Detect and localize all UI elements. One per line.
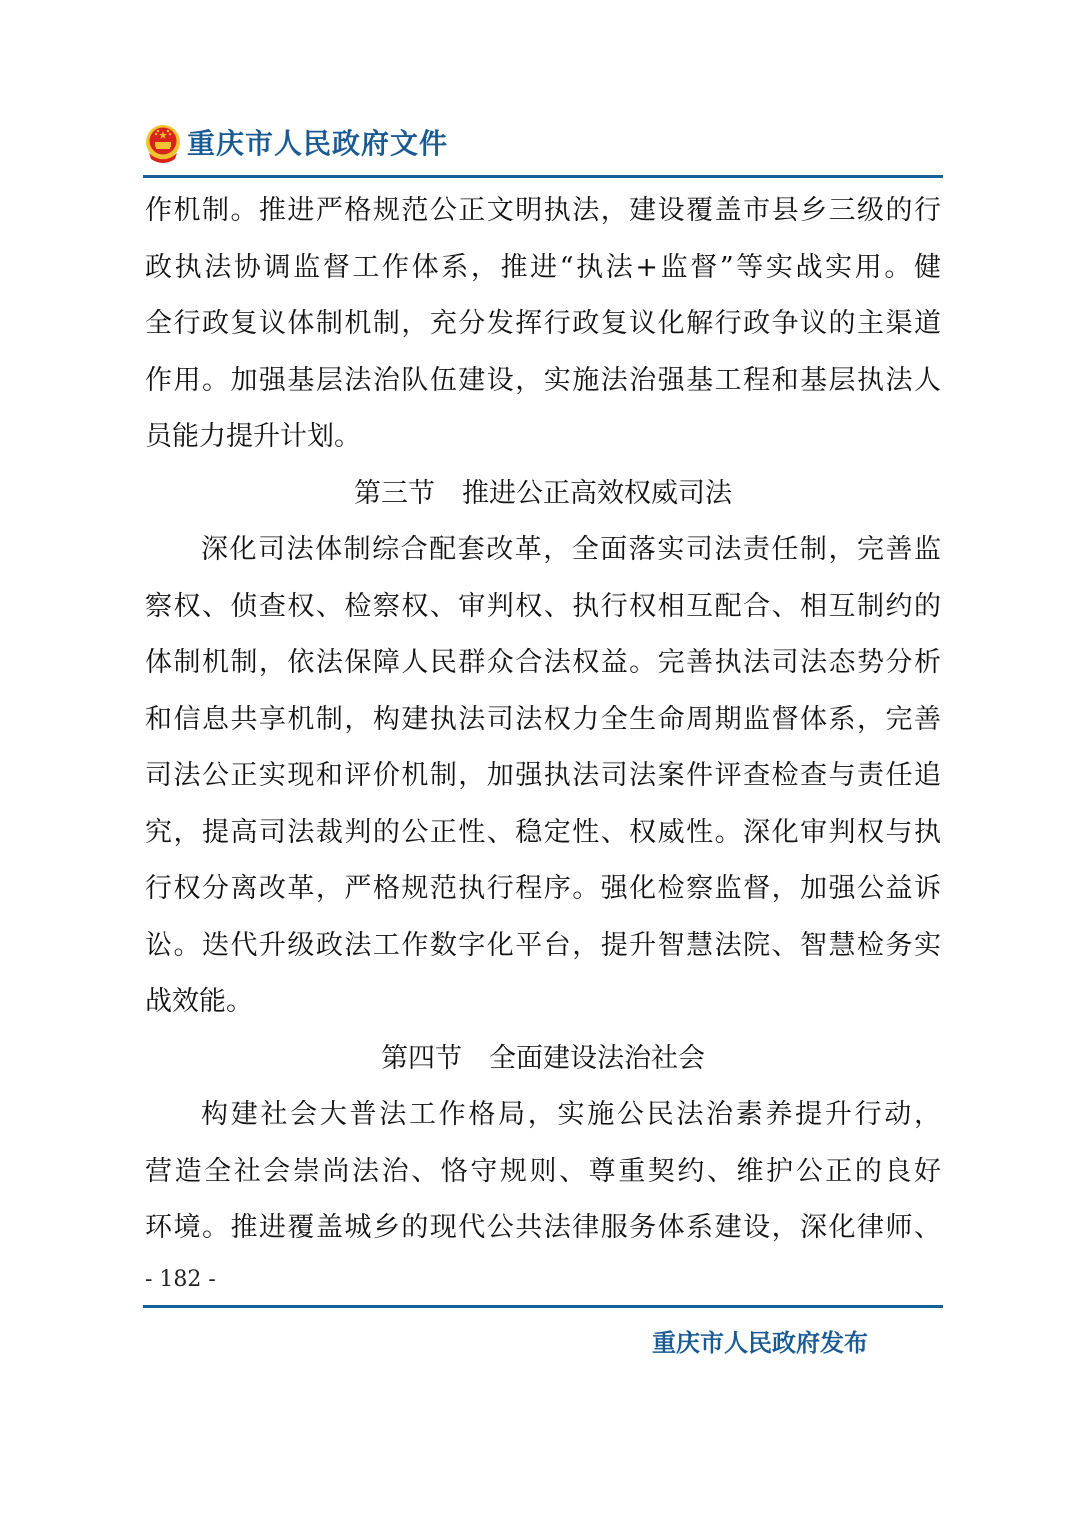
footer-divider xyxy=(143,1305,943,1308)
text-line: 司法公正实现和评价机制，加强执法司法案件评查检查与责任追 xyxy=(145,748,941,805)
text-line: 作机制。推进严格规范公正文明执法，建设覆盖市县乡三级的行 xyxy=(145,183,941,240)
text-line: 深化司法体制综合配套改革，全面落实司法责任制，完善监 xyxy=(145,522,941,579)
section-heading-4: 第四节 全面建设法治社会 xyxy=(145,1031,941,1088)
header-divider xyxy=(143,175,943,178)
text-line: 行权分离改革，严格规范执行程序。强化检察监督，加强公益诉 xyxy=(145,861,941,918)
text-line: 和信息共享机制，构建执法司法权力全生命周期监督体系，完善 xyxy=(145,692,941,749)
text-line: 讼。迭代升级政法工作数字化平台，提升智慧法院、智慧检务实 xyxy=(145,918,941,975)
text-line: 究，提高司法裁判的公正性、稳定性、权威性。深化审判权与执 xyxy=(145,805,941,862)
text-line: 体制机制，依法保障人民群众合法权益。完善执法司法态势分析 xyxy=(145,635,941,692)
section-heading-3: 第三节 推进公正高效权威司法 xyxy=(145,466,941,523)
text-line: 察权、侦查权、检察权、审判权、执行权相互配合、相互制约的 xyxy=(145,579,941,636)
section-4-paragraph: 构建社会大普法工作格局，实施公民法治素养提升行动， 营造全社会崇尚法治、恪守规则… xyxy=(145,1087,941,1257)
text-line: 构建社会大普法工作格局，实施公民法治素养提升行动， xyxy=(145,1087,941,1144)
text-line: 作用。加强基层法治队伍建设，实施法治强基工程和基层执法人 xyxy=(145,353,941,410)
text-line: 战效能。 xyxy=(145,974,941,1031)
document-header: 重庆市人民政府文件 xyxy=(143,120,448,168)
text-line: 员能力提升计划。 xyxy=(145,409,941,466)
text-line: 环境。推进覆盖城乡的现代公共法律服务体系建设，深化律师、 xyxy=(145,1200,941,1257)
text-line: 营造全社会崇尚法治、恪守规则、尊重契约、维护公正的良好 xyxy=(145,1144,941,1201)
paragraph-continued: 作机制。推进严格规范公正文明执法，建设覆盖市县乡三级的行 政执法协调监督工作体系… xyxy=(145,183,941,466)
header-title: 重庆市人民政府文件 xyxy=(187,120,448,168)
page-number: - 182 - xyxy=(145,1265,216,1295)
text-line: 政执法协调监督工作体系，推进“执法+监督”等实战实用。健 xyxy=(145,240,941,297)
footer-publisher: 重庆市人民政府发布 xyxy=(652,1325,868,1361)
national-emblem-icon xyxy=(143,123,183,165)
section-3-paragraph: 深化司法体制综合配套改革，全面落实司法责任制，完善监 察权、侦查权、检察权、审判… xyxy=(145,522,941,1031)
document-body: 作机制。推进严格规范公正文明执法，建设覆盖市县乡三级的行 政执法协调监督工作体系… xyxy=(145,183,941,1257)
text-line: 全行政复议体制机制，充分发挥行政复议化解行政争议的主渠道 xyxy=(145,296,941,353)
